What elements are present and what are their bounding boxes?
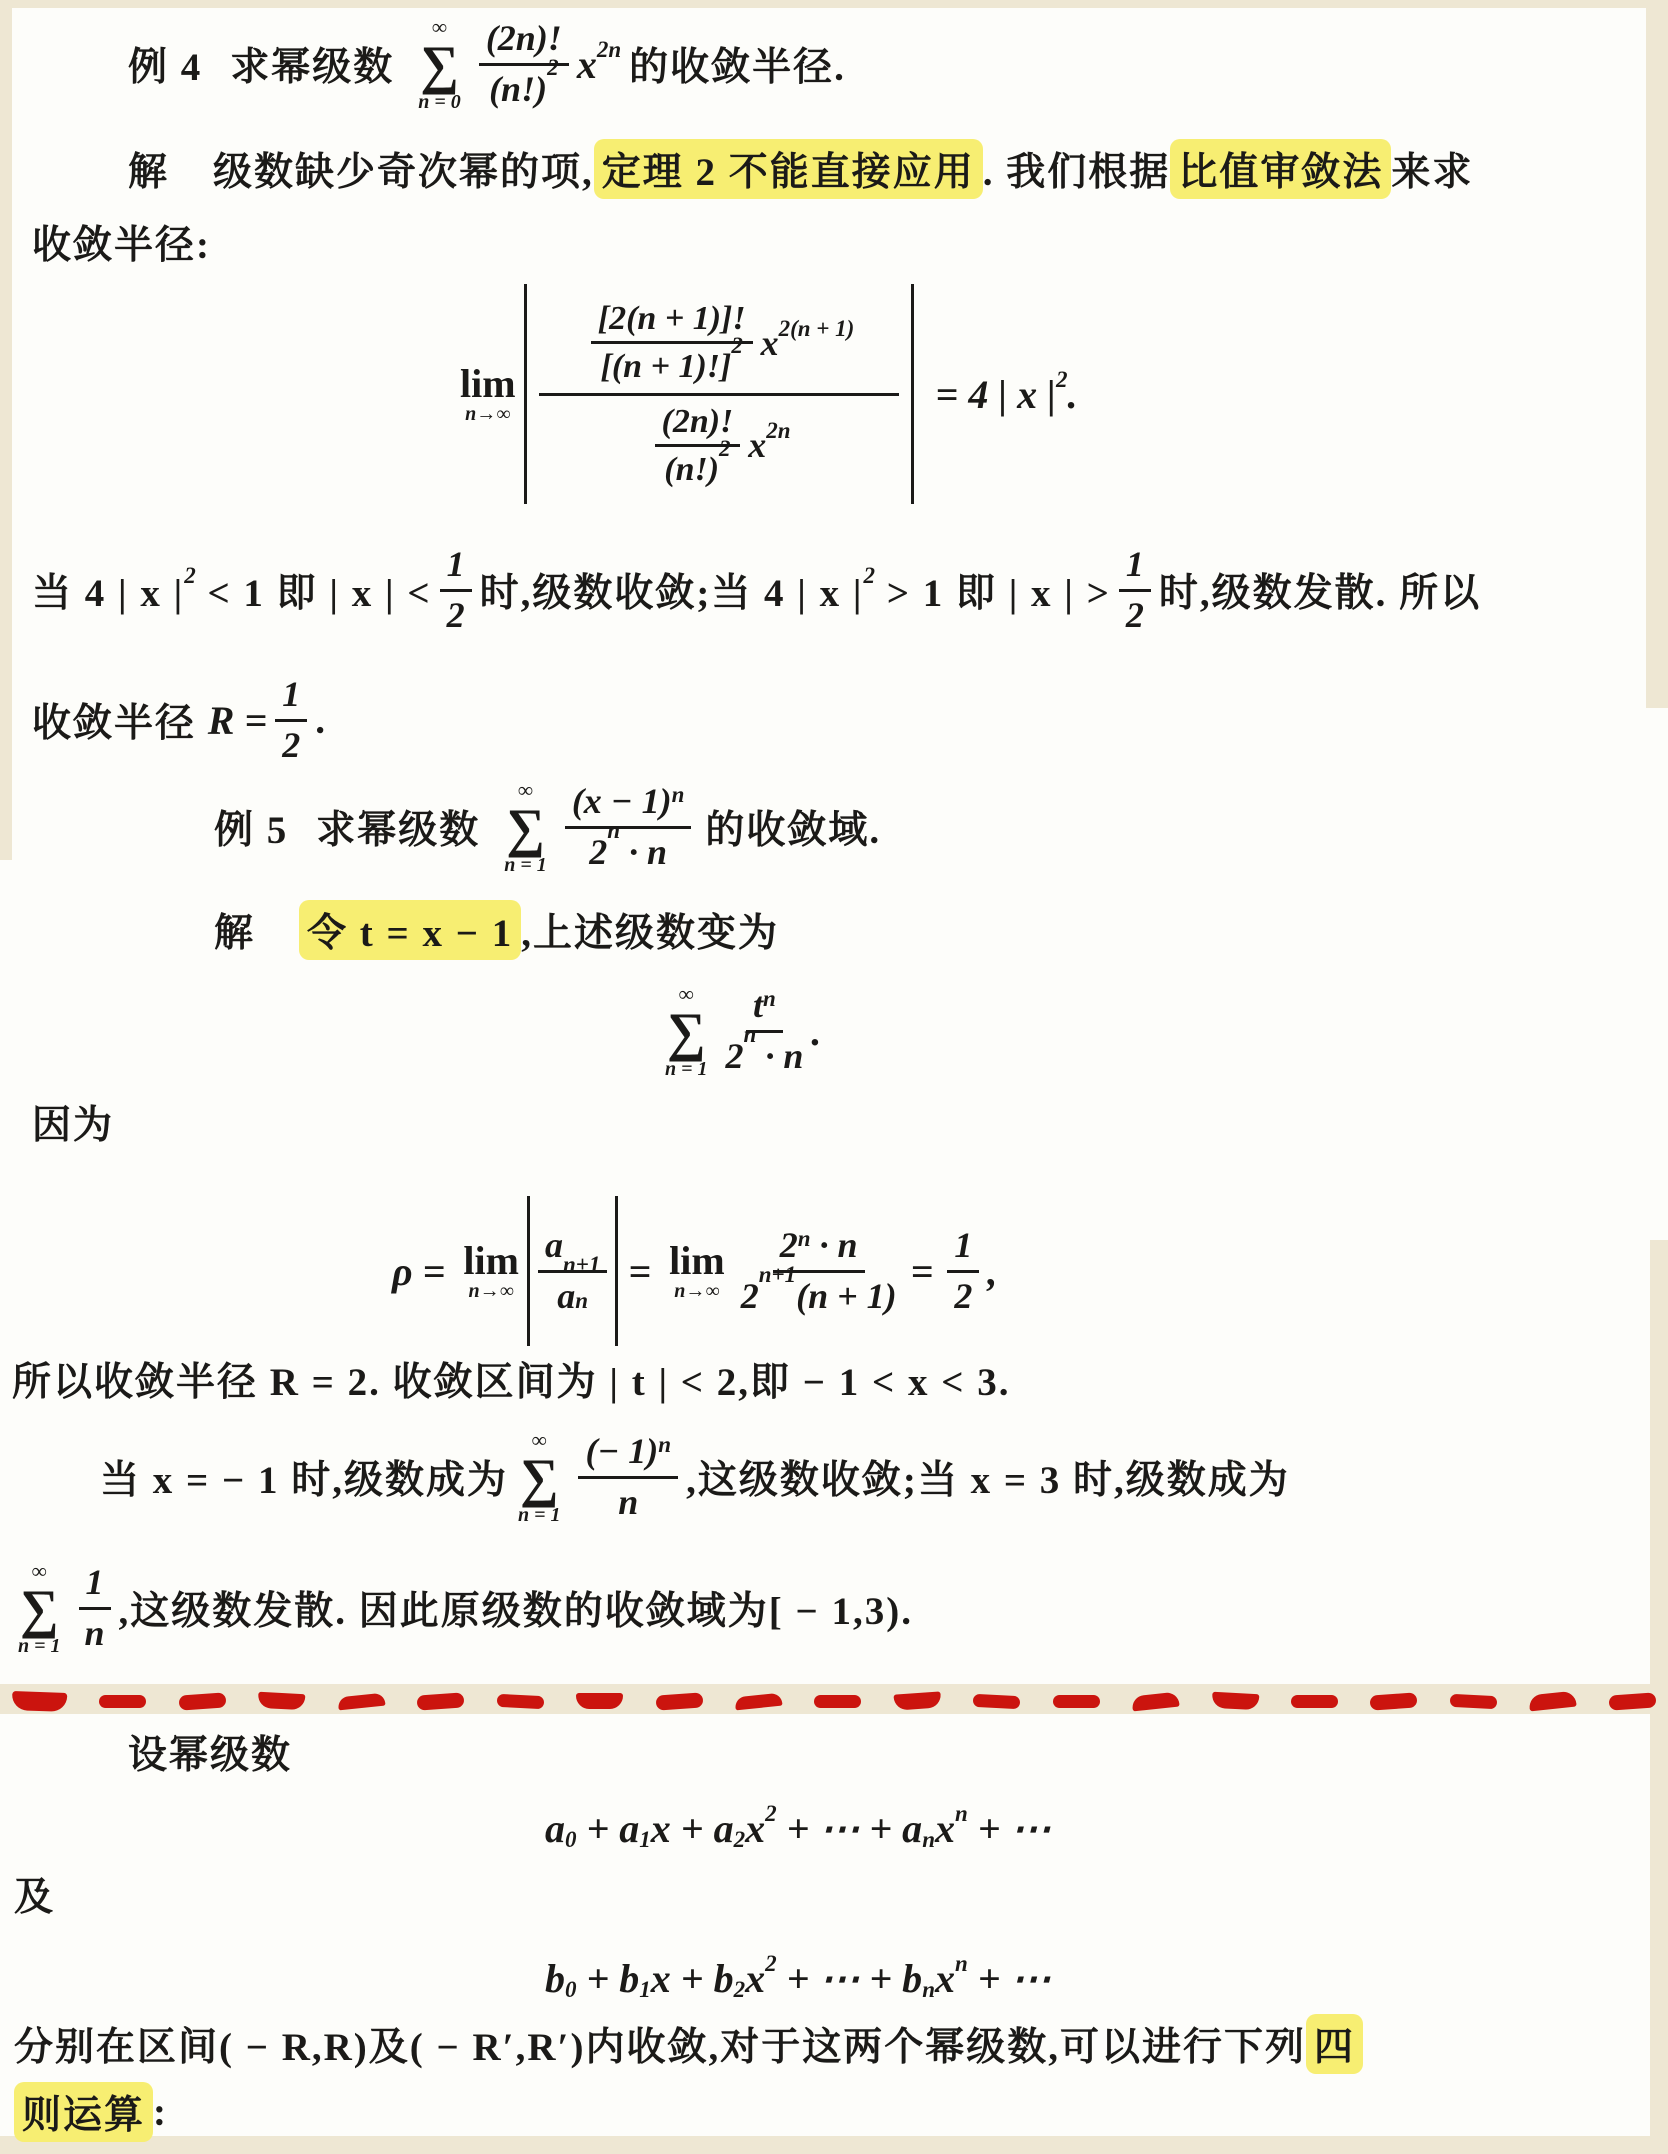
harmonic-num: 1 bbox=[86, 1562, 104, 1603]
page-margin-top bbox=[0, 0, 1668, 8]
harmonic-den: n bbox=[85, 1613, 105, 1654]
example5-label: 例 5 bbox=[214, 799, 288, 855]
example4-title-line: 例 4 求幂级数 ∞ ∑ n = 0 (2n)! (n!)2 x 2n 的收敛半… bbox=[128, 8, 846, 120]
setup-text: 设幂级数 bbox=[128, 1724, 292, 1780]
because-text: 因为 bbox=[32, 1094, 114, 1150]
t-numerator: t bbox=[753, 985, 763, 1026]
half-den: 2 bbox=[1126, 595, 1144, 636]
harmonic-post: ,这级数发散. 因此原级数的收敛域为[ − 1,3). bbox=[119, 1580, 913, 1636]
num-variable-exp: 2(n + 1) bbox=[779, 316, 855, 342]
polynomial-a: a0 + a1x + a2x2 + ⋯ + anxn + ⋯ bbox=[545, 1796, 1051, 1860]
poly-a-term: + a bbox=[577, 1805, 640, 1852]
poly-b-exp: 2 bbox=[765, 1951, 777, 1977]
polynomial-b: b0 + b1x + b2x2 + ⋯ + bnxn + ⋯ bbox=[545, 1946, 1051, 2010]
example4-radius-line: 收敛半径 R = 1 2 . bbox=[32, 668, 327, 772]
example5-title-line: 例 5 求幂级数 ∞ ∑ n = 1 (x − 1)n 2n · n 的收敛域. bbox=[214, 766, 881, 888]
den-variable-exp: 2n bbox=[766, 418, 790, 444]
poly-a-exp: n bbox=[955, 1801, 968, 1827]
poly-b-exp: n bbox=[955, 1951, 968, 1977]
fraction-denominator-base: 2 bbox=[589, 832, 607, 873]
poly-b-sub: 0 bbox=[565, 1977, 577, 2003]
one-half-fraction: 1 2 bbox=[1119, 544, 1151, 636]
sigma-icon: ∑ bbox=[506, 801, 545, 855]
example5-solution-line: 解 令 t = x − 1 ,上述级数变为 bbox=[214, 900, 779, 960]
half-num: 1 bbox=[954, 1225, 972, 1266]
sigma-lower: n = 1 bbox=[18, 1636, 61, 1656]
ratio-fraction: an+1 an bbox=[538, 1225, 607, 1317]
solution-text-pre: 级数缺少奇次幂的项, bbox=[213, 141, 594, 197]
den-frac-den: (n!) bbox=[664, 450, 719, 489]
page-margin-left bbox=[0, 8, 12, 860]
page-margin-bottom bbox=[0, 2136, 1668, 2154]
main-fraction-bar bbox=[539, 393, 899, 396]
highlighted-four: 四 bbox=[1306, 2014, 1363, 2074]
example4-label: 例 4 bbox=[128, 36, 202, 92]
t-exponent: n bbox=[763, 986, 776, 1012]
alt-num-exp: n bbox=[658, 1432, 671, 1458]
cond-part1: 当 4 | x | bbox=[32, 562, 184, 618]
lim-subscript: n→∞ bbox=[468, 1281, 513, 1301]
den-exp: n+1 bbox=[759, 1262, 796, 1288]
poly-a-sub: n bbox=[922, 1827, 935, 1853]
half-num: 1 bbox=[282, 674, 300, 715]
sigma-notation: ∞ ∑ n = 0 bbox=[418, 17, 461, 112]
sigma-lower: n = 1 bbox=[665, 1059, 708, 1079]
num-frac-den-exp: 2 bbox=[731, 333, 743, 359]
denominator-exponent: n bbox=[607, 818, 620, 844]
solution-text-mid: . 我们根据 bbox=[983, 141, 1171, 197]
harmonic-fraction: 1 n bbox=[79, 1562, 111, 1654]
half-den: 2 bbox=[282, 725, 300, 766]
a-n-subscript: n bbox=[575, 1288, 588, 1314]
when-post: ,这级数收敛;当 x = 3 时,级数成为 bbox=[686, 1449, 1290, 1505]
limit-operator: lim n→∞ bbox=[463, 1241, 519, 1301]
cond-part5: 时,级数发散. 所以 bbox=[1159, 562, 1481, 618]
highlighted-ratio-test: 比值审敛法 bbox=[1170, 139, 1391, 199]
nested-fraction: [2(n + 1)]! [(n + 1)!]2 x 2(n + 1) (2n)!… bbox=[539, 299, 899, 488]
solution-text-post: ,上述级数变为 bbox=[521, 902, 779, 958]
den-frac-den-exp: 2 bbox=[719, 436, 731, 462]
example4-intro-pre: 求幂级数 bbox=[230, 36, 394, 92]
poly-a-sub: 0 bbox=[565, 1827, 577, 1853]
power-series-setup-line: 设幂级数 bbox=[128, 1726, 292, 1778]
alt-den: n bbox=[618, 1482, 638, 1523]
example5-conclusion-line: 所以收敛半径 R = 2. 收敛区间为 | t | < 2,即 − 1 < x … bbox=[12, 1352, 1010, 1406]
cond-exp1: 2 bbox=[184, 563, 196, 589]
poly-a-exp: 2 bbox=[765, 1801, 777, 1827]
num-frac-num: [2(n + 1)]! bbox=[598, 299, 746, 338]
a-sub-n: a bbox=[557, 1276, 575, 1317]
red-dash bbox=[99, 1695, 146, 1708]
harmonic-series-line: ∞ ∑ n = 1 1 n ,这级数发散. 因此原级数的收敛域为[ − 1,3)… bbox=[8, 1548, 913, 1668]
sigma-icon: ∑ bbox=[20, 1582, 59, 1636]
poly-b-term: + b bbox=[577, 1955, 640, 2002]
because-line: 因为 bbox=[32, 1096, 114, 1148]
one-half-fraction: 1 2 bbox=[440, 544, 472, 636]
sigma-icon: ∑ bbox=[520, 1451, 559, 1505]
rho-formula: ρ = lim n→∞ an+1 an = lim n→∞ 2n · n 2n+… bbox=[392, 1190, 997, 1352]
highlighted-theorem-note: 定理 2 不能直接应用 bbox=[594, 139, 983, 199]
den-base: 2 bbox=[741, 1276, 759, 1317]
radius-R: R = bbox=[208, 697, 267, 744]
lim-subscript: n→∞ bbox=[674, 1281, 719, 1301]
solution-label: 解 bbox=[128, 141, 169, 197]
red-dash bbox=[1370, 1692, 1418, 1710]
red-dash bbox=[258, 1692, 306, 1710]
sigma-notation: ∞ ∑ n = 1 bbox=[518, 1430, 561, 1525]
poly-a-term: x bbox=[935, 1805, 955, 1852]
limit-period: . bbox=[1067, 371, 1077, 418]
poly-a-sub: 2 bbox=[734, 1827, 746, 1853]
red-dash bbox=[178, 1692, 226, 1710]
poly-a-term: + ⋯ bbox=[968, 1805, 1051, 1852]
fraction-denominator: (n!) bbox=[489, 69, 547, 110]
absolute-value-bar-left bbox=[527, 1196, 530, 1346]
radius-period: . bbox=[315, 698, 327, 743]
and-line: 及 bbox=[14, 1866, 55, 1922]
poly-b-term: x + b bbox=[651, 1955, 734, 2002]
series-fraction: (x − 1)n 2n · n bbox=[565, 781, 692, 873]
t-denominator-base: 2 bbox=[726, 1036, 744, 1077]
lim-text: lim bbox=[463, 1241, 519, 1281]
outer-denominator: (2n)! (n!)2 x 2n bbox=[647, 402, 791, 489]
example4-condition-line: 当 4 | x | 2 < 1 即 | x | < 1 2 时,级数收敛;当 4… bbox=[32, 538, 1481, 642]
den-rest: (n + 1) bbox=[796, 1276, 897, 1317]
numerator-fraction: [2(n + 1)]! [(n + 1)!]2 bbox=[591, 299, 753, 386]
series-variable: x bbox=[577, 41, 597, 88]
red-dash bbox=[576, 1693, 623, 1709]
poly-b-sub: 1 bbox=[639, 1977, 651, 2003]
t-series-period: . bbox=[811, 1008, 821, 1055]
half-den: 2 bbox=[954, 1276, 972, 1317]
poly-b-term: x bbox=[935, 1955, 955, 2002]
sigma-lower: n = 1 bbox=[504, 855, 547, 875]
num-variable: x bbox=[761, 322, 779, 364]
when-pre: 当 x = − 1 时,级数成为 bbox=[100, 1449, 508, 1505]
red-dash bbox=[814, 1695, 861, 1708]
poly-b-term: x bbox=[745, 1955, 765, 2002]
sigma-lower: n = 1 bbox=[518, 1505, 561, 1525]
and-text: 及 bbox=[14, 1866, 55, 1922]
poly-a-term: x + a bbox=[651, 1805, 734, 1852]
sigma-notation: ∞ ∑ n = 1 bbox=[18, 1561, 61, 1656]
highlighted-operations: 则运算 bbox=[14, 2082, 153, 2142]
rho-comma: , bbox=[987, 1248, 997, 1295]
lim-subscript: n→∞ bbox=[465, 404, 510, 424]
red-dash bbox=[12, 1691, 68, 1712]
interval-convergence-line: 分别在区间( − R,R)及( − R′,R′)内收敛,对于这两个幂级数,可以进… bbox=[14, 2016, 1363, 2072]
t-series-fraction: tn 2n · n bbox=[726, 985, 804, 1077]
limit-result: = 4 | x | bbox=[936, 371, 1056, 418]
a-n1-subscript: n+1 bbox=[563, 1252, 600, 1278]
red-dashed-divider bbox=[0, 1686, 1668, 1716]
highlighted-substitution: 令 t = x − 1 bbox=[299, 900, 521, 960]
interval-text: 分别在区间( − R,R)及( − R′,R′)内收敛,对于这两个幂级数,可以进… bbox=[14, 2016, 1306, 2072]
a-sub-n1: a bbox=[545, 1225, 563, 1266]
operations-line: 则运算 : bbox=[14, 2084, 168, 2140]
numerator-exponent: n bbox=[672, 782, 685, 808]
absolute-value-bar-right bbox=[615, 1196, 618, 1346]
red-dash bbox=[337, 1692, 385, 1710]
poly-a-term: x bbox=[745, 1805, 765, 1852]
red-dash bbox=[734, 1692, 782, 1710]
example5-intro-post: 的收敛域. bbox=[705, 799, 881, 855]
absolute-value-bar-right bbox=[911, 284, 914, 504]
t-denominator-rest: · n bbox=[756, 1036, 803, 1077]
sigma-icon: ∑ bbox=[420, 38, 459, 92]
fraction-denominator-rest: · n bbox=[620, 832, 667, 873]
sigma-notation: ∞ ∑ n = 1 bbox=[665, 984, 708, 1079]
fraction-numerator: (2n)! bbox=[486, 18, 562, 59]
red-dash bbox=[1608, 1692, 1656, 1710]
example5-intro-pre: 求幂级数 bbox=[316, 799, 480, 855]
example4-intro-post: 的收敛半径. bbox=[629, 36, 846, 92]
red-dash bbox=[417, 1692, 465, 1710]
red-dash bbox=[496, 1693, 544, 1708]
den-variable: x bbox=[748, 424, 766, 466]
fraction-numerator: (x − 1) bbox=[572, 781, 672, 822]
equals-sign: = bbox=[628, 1248, 651, 1295]
poly-a-term: + ⋯ + a bbox=[777, 1805, 923, 1852]
cond-exp2: 2 bbox=[863, 563, 875, 589]
rho-equals: ρ = bbox=[392, 1248, 445, 1295]
outer-numerator: [2(n + 1)]! [(n + 1)!]2 x 2(n + 1) bbox=[583, 299, 855, 386]
lim-text: lim bbox=[669, 1241, 725, 1281]
series-exponent: 2n bbox=[597, 37, 621, 63]
radius-intro: 收敛半径: bbox=[32, 214, 211, 270]
operations-colon: : bbox=[153, 2090, 168, 2135]
cond-part3: 时,级数收敛;当 4 | x | bbox=[480, 562, 864, 618]
solution-label: 解 bbox=[214, 902, 255, 958]
red-dash bbox=[893, 1691, 941, 1710]
half-num: 1 bbox=[1126, 544, 1144, 585]
num-base: 2 bbox=[780, 1225, 798, 1266]
red-dash bbox=[655, 1692, 703, 1710]
endpoint-check-line: 当 x = − 1 时,级数成为 ∞ ∑ n = 1 (− 1)n n ,这级数… bbox=[100, 1412, 1290, 1542]
denominator-fraction: (2n)! (n!)2 bbox=[655, 402, 741, 489]
cond-part2: < 1 即 | x | < bbox=[196, 562, 432, 618]
denominator-exponent: 2 bbox=[547, 55, 559, 81]
sigma-lower: n = 0 bbox=[418, 92, 461, 112]
poly-b-sub: 2 bbox=[734, 1977, 746, 2003]
sigma-icon: ∑ bbox=[667, 1005, 706, 1059]
limit-operator: lim n→∞ bbox=[669, 1241, 725, 1301]
lim-text: lim bbox=[460, 364, 516, 404]
example4-solution-line2: 收敛半径: bbox=[32, 216, 211, 268]
t-denominator-exp: n bbox=[744, 1022, 757, 1048]
solution-text-post: 来求 bbox=[1391, 141, 1473, 197]
series-fraction: (2n)! (n!)2 bbox=[479, 18, 569, 110]
half-den: 2 bbox=[447, 595, 465, 636]
red-dash bbox=[1529, 1691, 1577, 1712]
limit-result-exp: 2 bbox=[1056, 367, 1068, 393]
poly-b-term: b bbox=[545, 1955, 565, 2002]
red-dash bbox=[1053, 1695, 1100, 1708]
poly-a-sub: 1 bbox=[639, 1827, 651, 1853]
num-exp: n bbox=[798, 1226, 811, 1252]
red-dash bbox=[1211, 1692, 1259, 1710]
poly-b-term: + ⋯ + b bbox=[777, 1955, 923, 2002]
alternating-series-fraction: (− 1)n n bbox=[578, 1431, 678, 1523]
red-dash bbox=[1291, 1695, 1338, 1708]
radius-text: 收敛半径 bbox=[32, 692, 208, 748]
red-dash bbox=[973, 1693, 1021, 1708]
one-half-fraction: 1 2 bbox=[275, 674, 307, 766]
poly-b-term: + ⋯ bbox=[968, 1955, 1051, 2002]
page-margin-right-top bbox=[1646, 8, 1668, 708]
alt-num: (− 1) bbox=[585, 1431, 658, 1472]
example4-limit-formula: lim n→∞ [2(n + 1)]! [(n + 1)!]2 x 2(n + … bbox=[452, 270, 1077, 518]
num-rest: · n bbox=[811, 1225, 858, 1266]
poly-b-sub: n bbox=[922, 1977, 935, 2003]
poly-a-term: a bbox=[545, 1805, 565, 1852]
red-dash bbox=[1450, 1693, 1498, 1708]
power-ratio-fraction: 2n · n 2n+1(n + 1) bbox=[741, 1225, 897, 1317]
textbook-page: 例 4 求幂级数 ∞ ∑ n = 0 (2n)! (n!)2 x 2n 的收敛半… bbox=[0, 0, 1668, 2154]
cond-part4: > 1 即 | x | > bbox=[875, 562, 1111, 618]
num-frac-den: [(n + 1)!] bbox=[601, 347, 732, 386]
limit-operator: lim n→∞ bbox=[460, 364, 516, 424]
sigma-notation: ∞ ∑ n = 1 bbox=[504, 780, 547, 875]
absolute-value-bar-left bbox=[524, 284, 527, 504]
equals-sign: = bbox=[911, 1248, 934, 1295]
red-dash bbox=[1131, 1691, 1179, 1711]
example4-solution-line: 解 级数缺少奇次幂的项, 定理 2 不能直接应用 . 我们根据 比值审敛法 来求 bbox=[128, 140, 1473, 198]
half-num: 1 bbox=[447, 544, 465, 585]
conclusion-text: 所以收敛半径 R = 2. 收敛区间为 | t | < 2,即 − 1 < x … bbox=[12, 1351, 1010, 1407]
t-series-formula: ∞ ∑ n = 1 tn 2n · n . bbox=[655, 972, 821, 1090]
one-half-fraction: 1 2 bbox=[947, 1225, 979, 1317]
